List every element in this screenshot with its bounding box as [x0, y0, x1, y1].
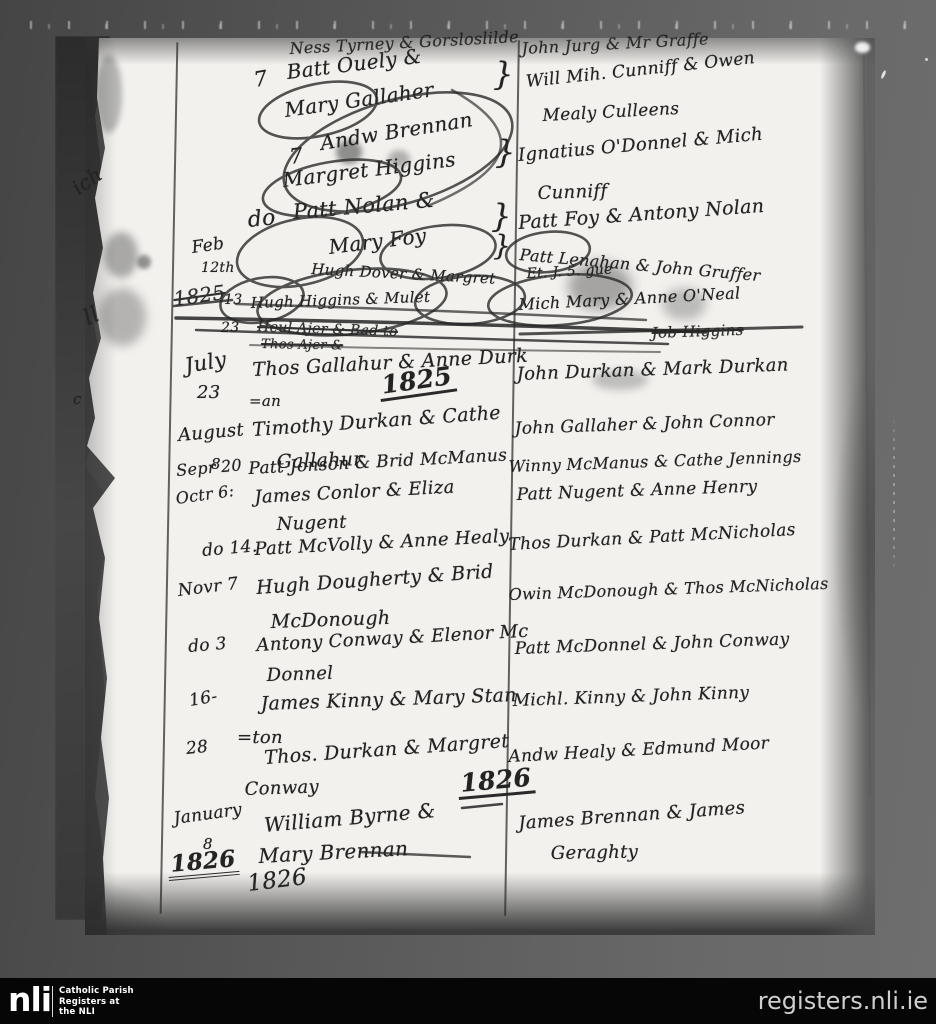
entry-13-date: do 3 [188, 636, 228, 656]
entry-16-witnesses2: Geraghty [551, 843, 639, 863]
entry-3-date: do [247, 207, 277, 232]
entry-15-date: 28 [185, 739, 209, 758]
ink-brace-2: } [495, 136, 516, 168]
entry-6-date: 23 [221, 321, 239, 335]
footer-org-line3: the NLI [59, 1007, 134, 1018]
entry-7-couple2: =an [249, 394, 281, 409]
entry-2-witnesses2: Cunniff [537, 183, 607, 203]
margin-fragment-3: c [73, 392, 82, 407]
entry-14-couple2: =ton [237, 729, 283, 747]
entry-4-date: Feb [191, 236, 226, 257]
entry-15-couple2: Conway [244, 778, 319, 799]
film-speck-1 [880, 70, 887, 79]
entry-14-date: 16- [188, 688, 219, 710]
ink-brace-3: } [491, 200, 512, 232]
entry-6-witnesses: Job Higgins [651, 323, 743, 341]
film-speck-blob [855, 42, 870, 53]
entry-1-date: 7 [252, 68, 269, 91]
entry-4-date2: 12th [201, 261, 235, 275]
film-scratch-dots [893, 420, 895, 570]
entry-13-couple2: Donnel [266, 665, 333, 685]
footer-org-line1: Catholic Parish [59, 986, 134, 997]
film-speck-2 [925, 58, 928, 61]
nli-logo: nli [8, 980, 51, 1020]
ink-brace-1: } [493, 58, 514, 90]
entry-7-date2: 23 [197, 384, 221, 402]
logo-divider [52, 986, 53, 1017]
microfilm-scan-viewport: Ness Tyrney & Gorsloslilde John Jurg & M… [0, 0, 936, 1024]
entry-5-date2: 13 [224, 293, 242, 307]
footer-site-url: registers.nli.ie [758, 985, 928, 1017]
entry-10-couple2: Nugent [276, 514, 347, 534]
footer-org-text: Catholic Parish Registers at the NLI [59, 986, 134, 1018]
entry-6-couple2: Thos Ajer & [261, 338, 343, 352]
nli-footer-bar: nli Catholic Parish Registers at the NLI… [0, 978, 936, 1024]
ink-brace-4: } [493, 232, 511, 260]
footer-org-line2: Registers at [59, 997, 134, 1008]
entry-11-date: do 14. [202, 538, 259, 560]
